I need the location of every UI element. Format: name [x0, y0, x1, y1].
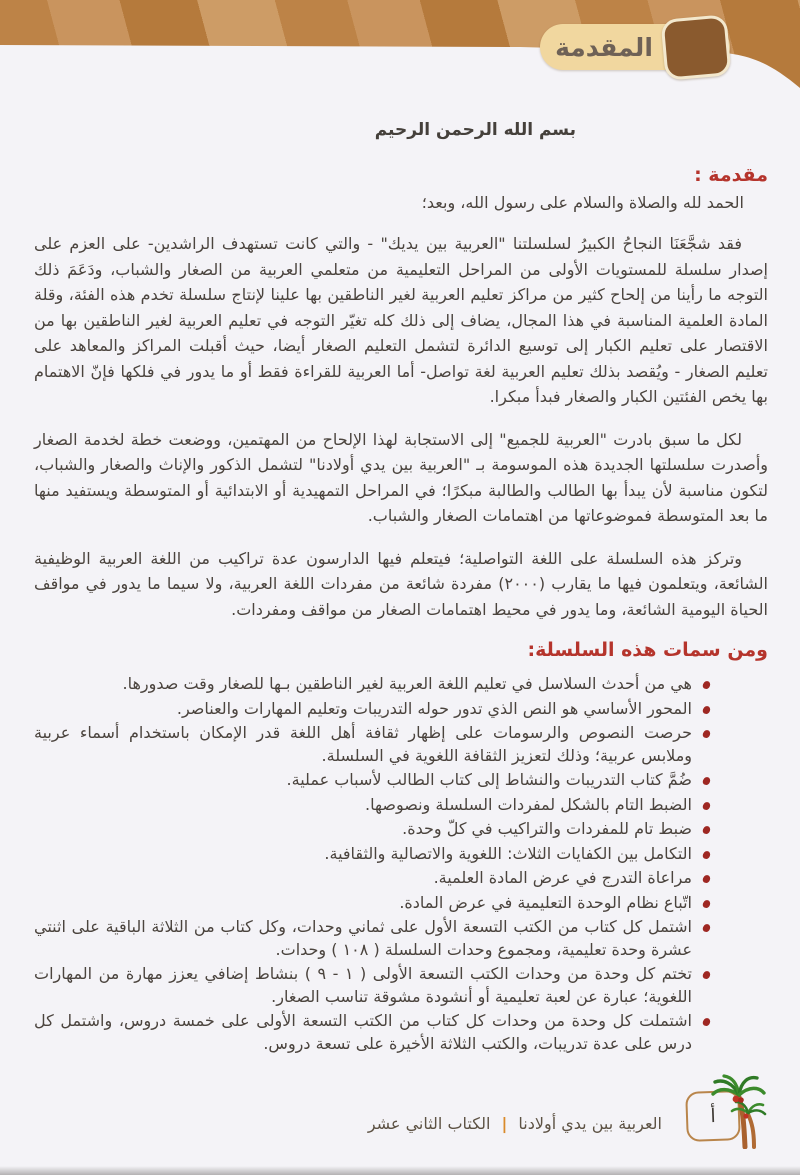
intro-paragraph: لكل ما سبق بادرت "العربية للجميع" إلى ال… — [34, 427, 768, 529]
feature-item: اشتمل كل كتاب من الكتب التسعة الأول على … — [34, 916, 712, 961]
feature-item: ضبط تام للمفردات والتراكيب في كلّ وحدة. — [34, 818, 712, 841]
footer-separator: | — [501, 1114, 507, 1133]
salutation-line: الحمد لله والصلاة والسلام على رسول الله،… — [34, 190, 768, 215]
feature-item: مراعاة التدرج في عرض المادة العلمية. — [34, 867, 712, 890]
page-footer: العربية بين يدي أولادنا | الكتاب الثاني … — [0, 1075, 800, 1161]
footer-text: العربية بين يدي أولادنا | الكتاب الثاني … — [368, 1114, 662, 1133]
footer-series-title: العربية بين يدي أولادنا — [518, 1114, 662, 1133]
intro-paragraphs: فقد شجَّعَنَا النجاحُ الكبيرُ لسلسلتنا "… — [34, 231, 768, 622]
feature-item: اتّباع نظام الوحدة التعليمية في عرض الما… — [34, 892, 712, 915]
page-bottom-shadow — [0, 1166, 800, 1175]
intro-paragraph: وتركز هذه السلسلة على اللغة التواصلية؛ ف… — [34, 546, 768, 623]
book-page: المقدمة بسم الله الرحمن الرحيم مقدمة : ا… — [0, 0, 800, 1175]
features-heading: ومن سمات هذه السلسلة: — [34, 639, 768, 661]
feature-item: اشتملت كل وحدة من وحدات كل كتاب من الكتب… — [34, 1010, 712, 1055]
palm-tree-icon — [708, 1071, 770, 1149]
feature-item: ضُمَّ كتاب التدريبات والنشاط إلى كتاب ال… — [34, 769, 712, 792]
feature-item: المحور الأساسي هو النص الذي تدور حوله ال… — [34, 698, 712, 721]
feature-item: هي من أحدث السلاسل في تعليم اللغة العربي… — [34, 673, 712, 696]
intro-heading: مقدمة : — [34, 164, 768, 186]
feature-item: التكامل بين الكفايات الثلاث: اللغوية وال… — [34, 843, 712, 866]
basmala-text: بسم الله الرحمن الرحيم — [34, 120, 768, 140]
features-list: هي من أحدث السلاسل في تعليم اللغة العربي… — [34, 673, 712, 1055]
feature-item: حرصت النصوص والرسومات على إظهار ثقافة أه… — [34, 722, 712, 767]
page-content: بسم الله الرحمن الرحيم مقدمة : الحمد لله… — [0, 48, 800, 1057]
feature-item: تختم كل وحدة من وحدات الكتب التسعة الأول… — [34, 963, 712, 1008]
feature-item: الضبط التام بالشكل لمفردات السلسلة ونصوص… — [34, 794, 712, 817]
footer-book-label: الكتاب الثاني عشر — [368, 1114, 491, 1133]
intro-paragraph: فقد شجَّعَنَا النجاحُ الكبيرُ لسلسلتنا "… — [34, 231, 768, 410]
